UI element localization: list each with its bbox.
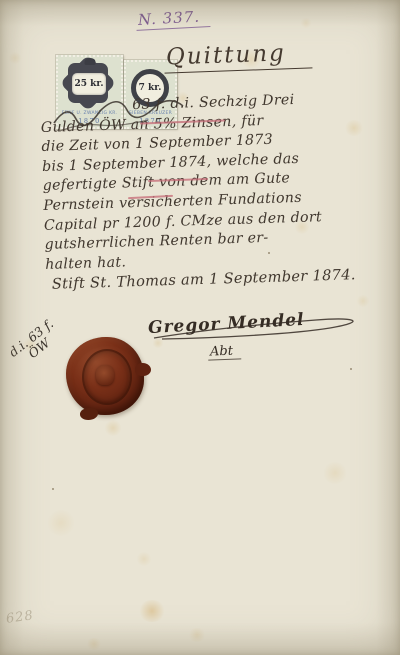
paper-stain (138, 600, 166, 622)
document-title: Quittung (164, 39, 313, 73)
paper-stain (322, 462, 348, 484)
document-page: N. 337. Quittung 25 kr. FÜNF U. ZWANZIG … (0, 0, 400, 655)
paper-stain (104, 420, 122, 436)
double-eagle-crest-icon (84, 58, 95, 65)
wax-seal-crest (96, 365, 114, 385)
paper-stain (8, 52, 22, 64)
faint-pencil-mark: 628 (5, 608, 35, 627)
signature-title: Abt (208, 343, 241, 360)
paper-speck (350, 368, 352, 370)
stamp-value: 25 kr. (72, 73, 106, 95)
margin-note: d.i. 63 f. ÖW (1, 312, 69, 373)
wax-seal (66, 337, 144, 415)
paper-stain (86, 638, 102, 650)
paper-stain (300, 18, 312, 28)
paper-stain (136, 552, 152, 566)
paper-stain (188, 628, 206, 642)
stamp-value: 7 kr. (139, 83, 162, 93)
paper-speck (52, 488, 54, 490)
paper-stain (46, 510, 76, 536)
reference-number: N. 337. (136, 7, 211, 31)
